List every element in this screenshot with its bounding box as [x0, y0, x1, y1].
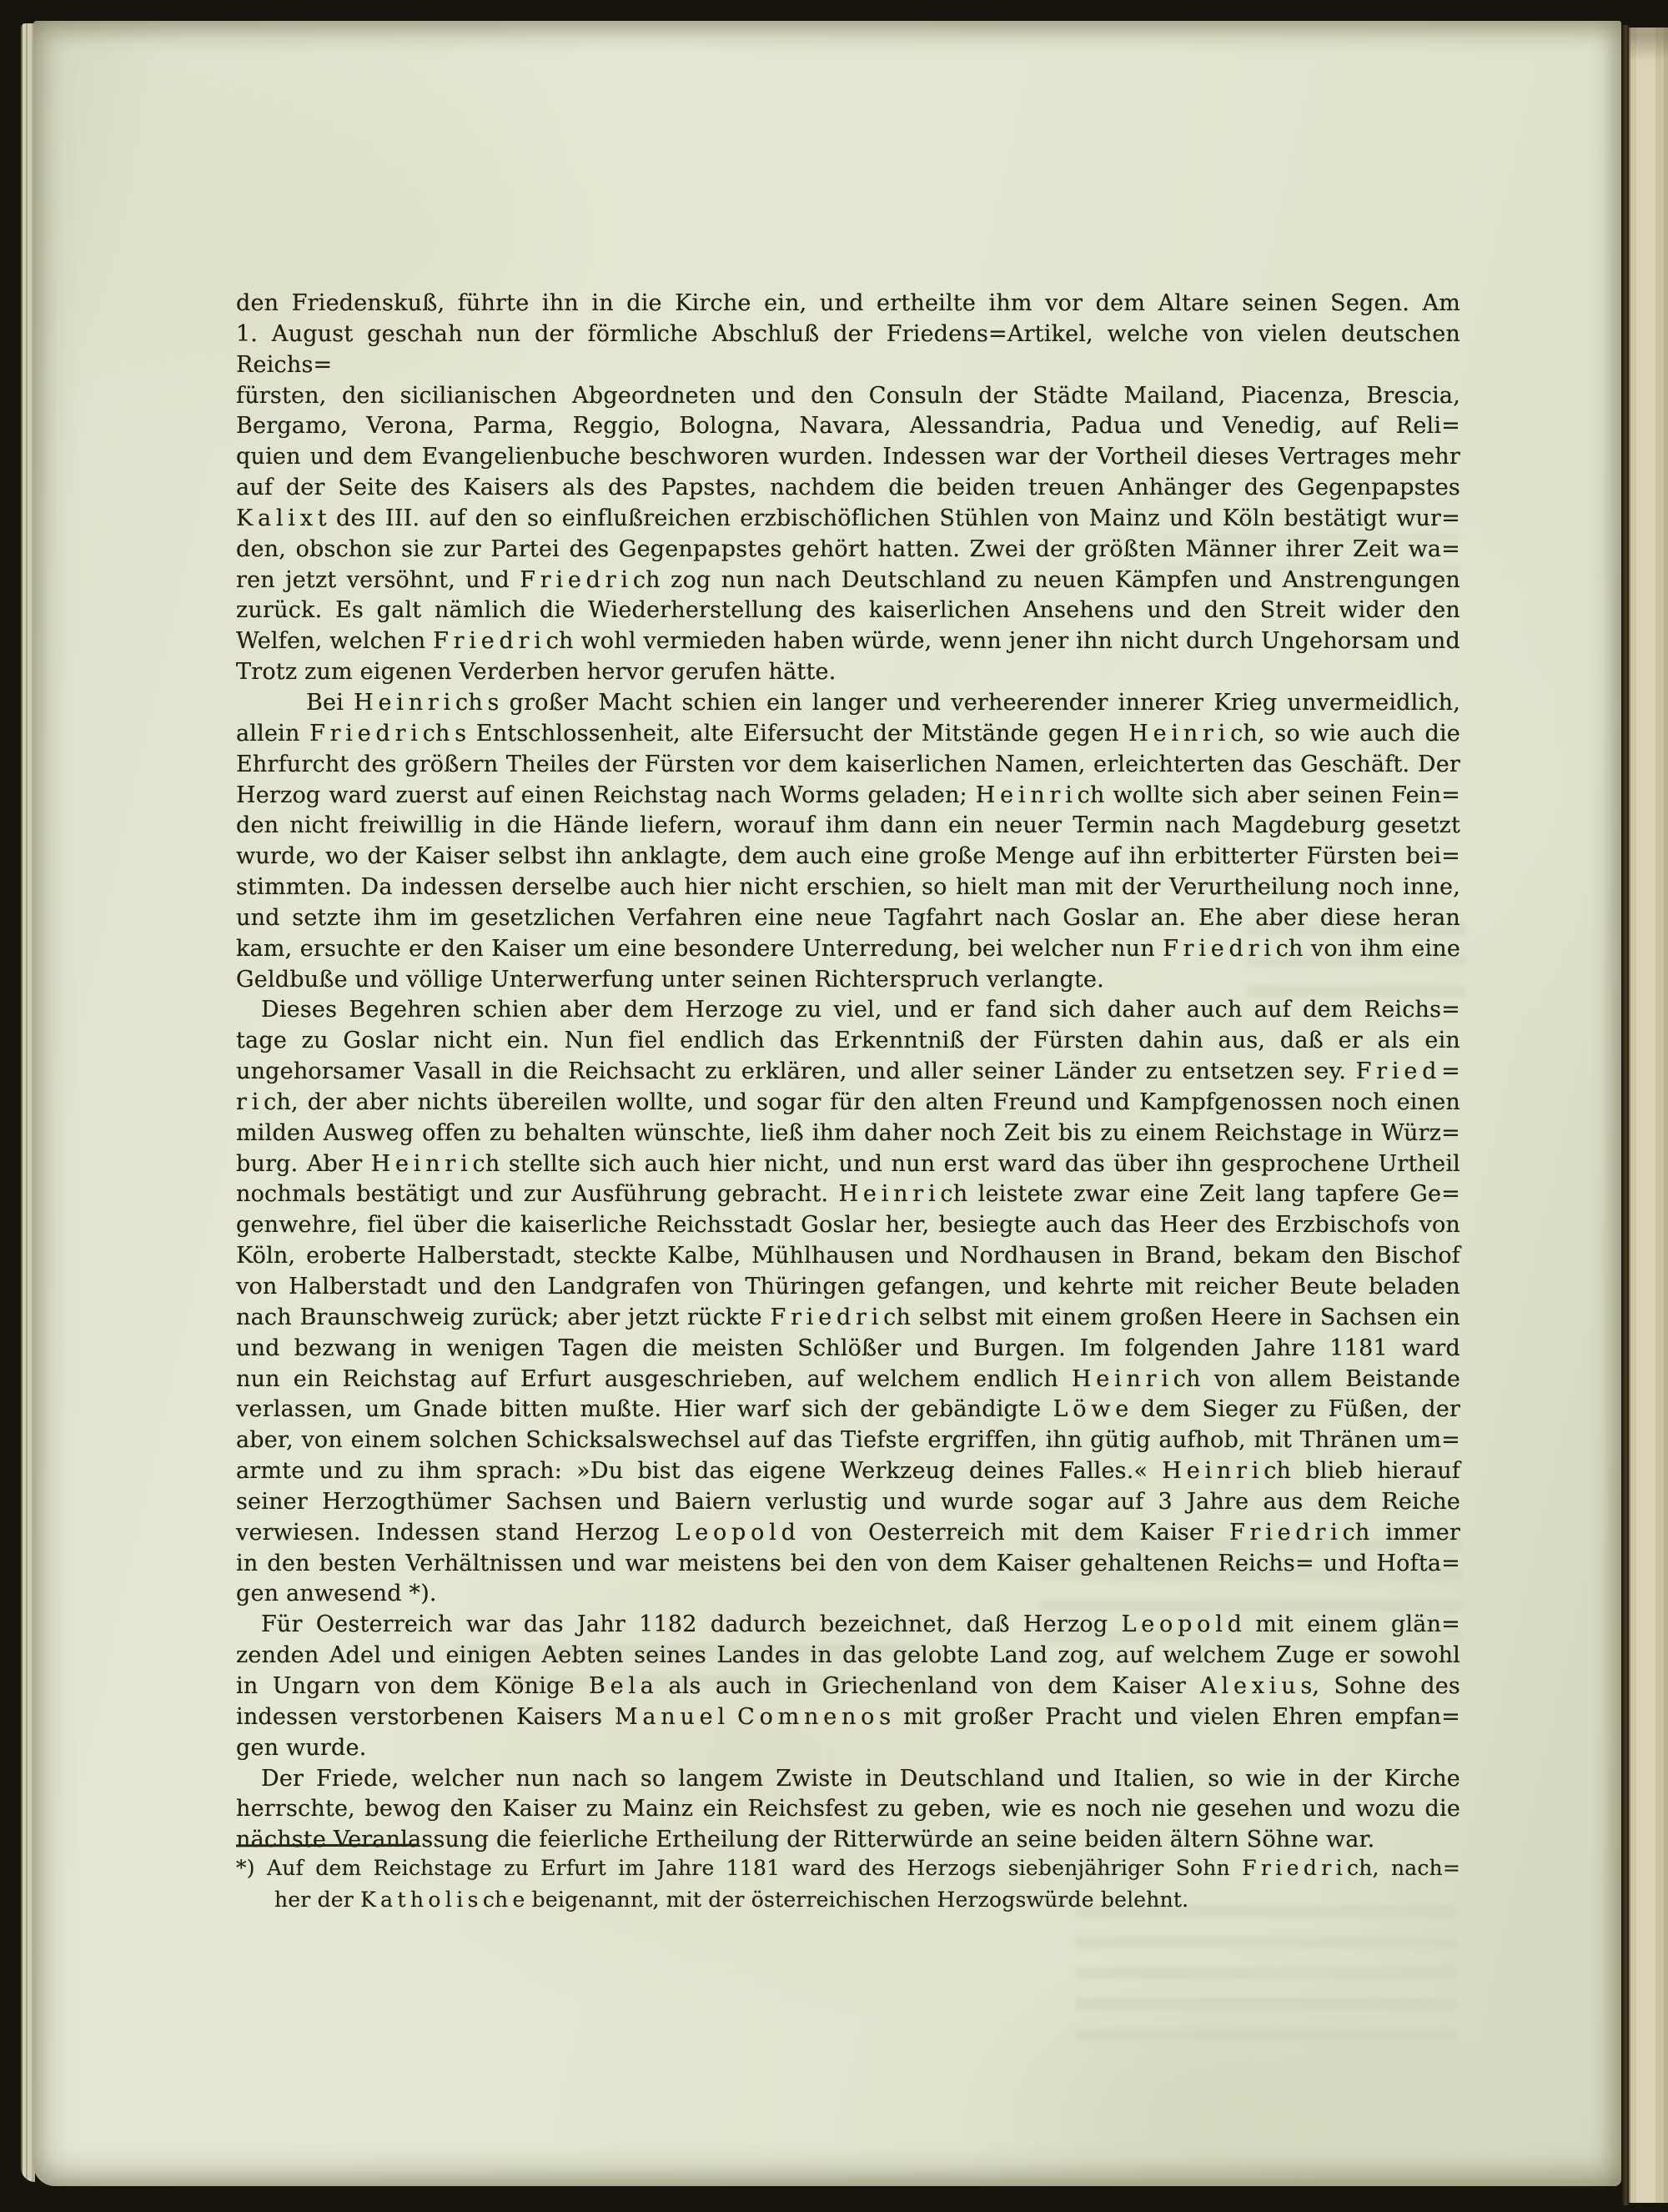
text-line: Herzog ward zuerst auf einen Reichstag n… [236, 781, 1460, 812]
text-line: gen anwesend *). [236, 1579, 1460, 1610]
text-line: tage zu Goslar nicht ein. Nun fiel endli… [236, 1026, 1460, 1057]
text-line: nochmals bestätigt und zur Ausführung ge… [236, 1179, 1460, 1210]
text-line: gen wurde. [236, 1733, 1460, 1764]
text-line: fürsten, den sicilianischen Abgeordneten… [236, 381, 1460, 412]
text-line: in Ungarn von dem Könige B e l a als auc… [236, 1672, 1460, 1702]
text-line: und setzte ihm im gesetzlichen Verfahren… [236, 903, 1460, 934]
text-line: in den besten Verhältnissen und war meis… [236, 1549, 1460, 1580]
text-line: aber, von einem solchen Schicksalswechse… [236, 1425, 1460, 1456]
text-line: von Halberstadt und den Landgrafen von T… [236, 1272, 1460, 1303]
text-line: verlassen, um Gnade bitten mußte. Hier w… [236, 1395, 1460, 1425]
text-line: Welfen, welchen F r i e d r i ch wohl ve… [236, 626, 1460, 657]
text-line: genwehre, fiel über die kaiserliche Reic… [236, 1210, 1460, 1241]
text-line: ungehorsamer Vasall in die Reichsacht zu… [236, 1057, 1460, 1088]
text-line: den Friedenskuß, führte ihn in die Kirch… [236, 289, 1460, 319]
text-line: 1. August geschah nun der förmliche Absc… [236, 319, 1460, 381]
text-line: ren jetzt versöhnt, und F r i e d r i ch… [236, 566, 1460, 596]
text-line: Geldbuße und völlige Unterwerfung unter … [236, 965, 1460, 996]
text-line: herrschte, bewog den Kaiser zu Mainz ein… [236, 1794, 1460, 1825]
paragraph: Bei H e i n r i ch s großer Macht schien… [236, 688, 1460, 995]
text-line: seiner Herzogthümer Sachsen und Baiern v… [236, 1487, 1460, 1518]
text-line: indessen verstorbenen Kaisers M a n u e … [236, 1702, 1460, 1733]
paragraph: Der Friede, welcher nun nach so langem Z… [236, 1764, 1460, 1857]
text-line: quien und dem Evangelienbuche beschworen… [236, 442, 1460, 473]
text-line: Ehrfurcht des größern Theiles der Fürste… [236, 750, 1460, 781]
text-line: kam, ersuchte er den Kaiser um eine beso… [236, 934, 1460, 965]
footnote-line: her der K a t h o l i s ch e beigenannt,… [236, 1884, 1460, 1916]
text-line: und bezwang in wenigen Tagen die meisten… [236, 1334, 1460, 1365]
text-line: burg. Aber H e i n r i ch stellte sich a… [236, 1149, 1460, 1180]
text-line: Bei H e i n r i ch s großer Macht schien… [236, 688, 1460, 719]
text-line: nun ein Reichstag auf Erfurt ausgeschrie… [236, 1365, 1460, 1395]
text-line: Für Oesterreich war das Jahr 1182 dadurc… [236, 1610, 1460, 1641]
text-line: den nicht freiwillig in die Hände liefer… [236, 811, 1460, 842]
text-line: Dieses Begehren schien aber dem Herzoge … [236, 995, 1460, 1026]
text-line: K a l i x t des III. auf den so einflußr… [236, 504, 1460, 535]
text-line: milden Ausweg offen zu behalten wünschte… [236, 1119, 1460, 1149]
text-line: nächste Veranlassung die feierliche Erth… [236, 1825, 1460, 1856]
scan-background: { "colors":{ "scan_background":"#17140d"… [0, 0, 1668, 2212]
text-line: den, obschon sie zur Partei des Gegenpap… [236, 535, 1460, 566]
text-line: allein F r i e d r i ch s Entschlossenhe… [236, 719, 1460, 750]
paragraph: Für Oesterreich war das Jahr 1182 dadurc… [236, 1610, 1460, 1763]
text-line: r i ch, der aber nichts übereilen wollte… [236, 1088, 1460, 1119]
right-page-edges [1629, 28, 1668, 2203]
text-line: Köln, eroberte Halberstadt, steckte Kalb… [236, 1241, 1460, 1272]
text-line: auf der Seite des Kaisers als des Papste… [236, 473, 1460, 504]
footnote: *) Auf dem Reichstage zu Erfurt im Jahre… [236, 1853, 1460, 1916]
text-line: Der Friede, welcher nun nach so langem Z… [236, 1764, 1460, 1795]
text-line: verwiesen. Indessen stand Herzog L e o p… [236, 1518, 1460, 1549]
text-line: wurde, wo der Kaiser selbst ihn anklagte… [236, 842, 1460, 872]
text-line: zurück. Es galt nämlich die Wiederherste… [236, 596, 1460, 626]
text-line: Bergamo, Verona, Parma, Reggio, Bologna,… [236, 411, 1460, 442]
footnote-line: *) Auf dem Reichstage zu Erfurt im Jahre… [236, 1853, 1460, 1884]
text-line: stimmten. Da indessen derselbe auch hier… [236, 872, 1460, 903]
text-line: nach Braunschweig zurück; aber jetzt rüc… [236, 1303, 1460, 1334]
paragraph: den Friedenskuß, führte ihn in die Kirch… [236, 289, 1460, 688]
text-line: zenden Adel und einigen Aebten seines La… [236, 1641, 1460, 1672]
text-block: den Friedenskuß, führte ihn in die Kirch… [236, 289, 1460, 1856]
text-line: Trotz zum eigenen Verderben hervor geruf… [236, 657, 1460, 688]
gutter-crease [1621, 25, 1629, 2205]
paragraph: Dieses Begehren schien aber dem Herzoge … [236, 995, 1460, 1610]
text-line: armte und zu ihm sprach: »Du bist das ei… [236, 1456, 1460, 1487]
